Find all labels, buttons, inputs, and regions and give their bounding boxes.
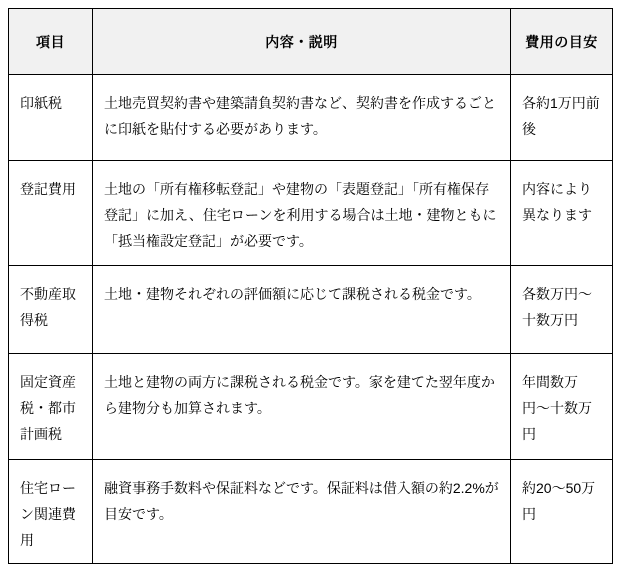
cell-item: 不動産取得税 [9,266,93,354]
cell-item: 登記費用 [9,161,93,266]
cell-item: 印紙税 [9,75,93,161]
cell-cost: 年間数万円〜十数万円 [511,354,613,460]
cell-cost: 各約1万円前後 [511,75,613,161]
table-row-registration-fee: 登記費用 土地の「所有権移転登記」や建物の「表題登記」「所有権保存登記」に加え、… [9,161,613,266]
table-row-property-acquisition-tax: 不動産取得税 土地・建物それぞれの評価額に応じて課税される税金です。 各数万円〜… [9,266,613,354]
cell-description: 土地・建物それぞれの評価額に応じて課税される税金です。 [93,266,511,354]
cell-description: 融資事務手数料や保証料などです。保証料は借入額の約2.2%が目安です。 [93,460,511,564]
cell-item: 住宅ローン関連費用 [9,460,93,564]
table-row-fixed-asset-tax: 固定資産税・都市計画税 土地と建物の両方に課税される税金です。家を建てた翌年度か… [9,354,613,460]
cell-item: 固定資産税・都市計画税 [9,354,93,460]
home-building-costs-table: 項目 内容・説明 費用の目安 印紙税 土地売買契約書や建築請負契約書など、契約書… [8,8,613,564]
table-row-mortgage-related-fees: 住宅ローン関連費用 融資事務手数料や保証料などです。保証料は借入額の約2.2%が… [9,460,613,564]
cell-cost: 内容により異なります [511,161,613,266]
cell-description: 土地の「所有権移転登記」や建物の「表題登記」「所有権保存登記」に加え、住宅ローン… [93,161,511,266]
cell-cost: 各数万円〜十数万円 [511,266,613,354]
header-cost-estimate: 費用の目安 [511,9,613,75]
header-description: 内容・説明 [93,9,511,75]
table-row-stamp-tax: 印紙税 土地売買契約書や建築請負契約書など、契約書を作成するごとに印紙を貼付する… [9,75,613,161]
document-page: 項目 内容・説明 費用の目安 印紙税 土地売買契約書や建築請負契約書など、契約書… [0,0,619,573]
cell-cost: 約20〜50万円 [511,460,613,564]
header-item: 項目 [9,9,93,75]
cell-description: 土地と建物の両方に課税される税金です。家を建てた翌年度から建物分も加算されます。 [93,354,511,460]
cell-description: 土地売買契約書や建築請負契約書など、契約書を作成するごとに印紙を貼付する必要があ… [93,75,511,161]
table-header-row: 項目 内容・説明 費用の目安 [9,9,613,75]
